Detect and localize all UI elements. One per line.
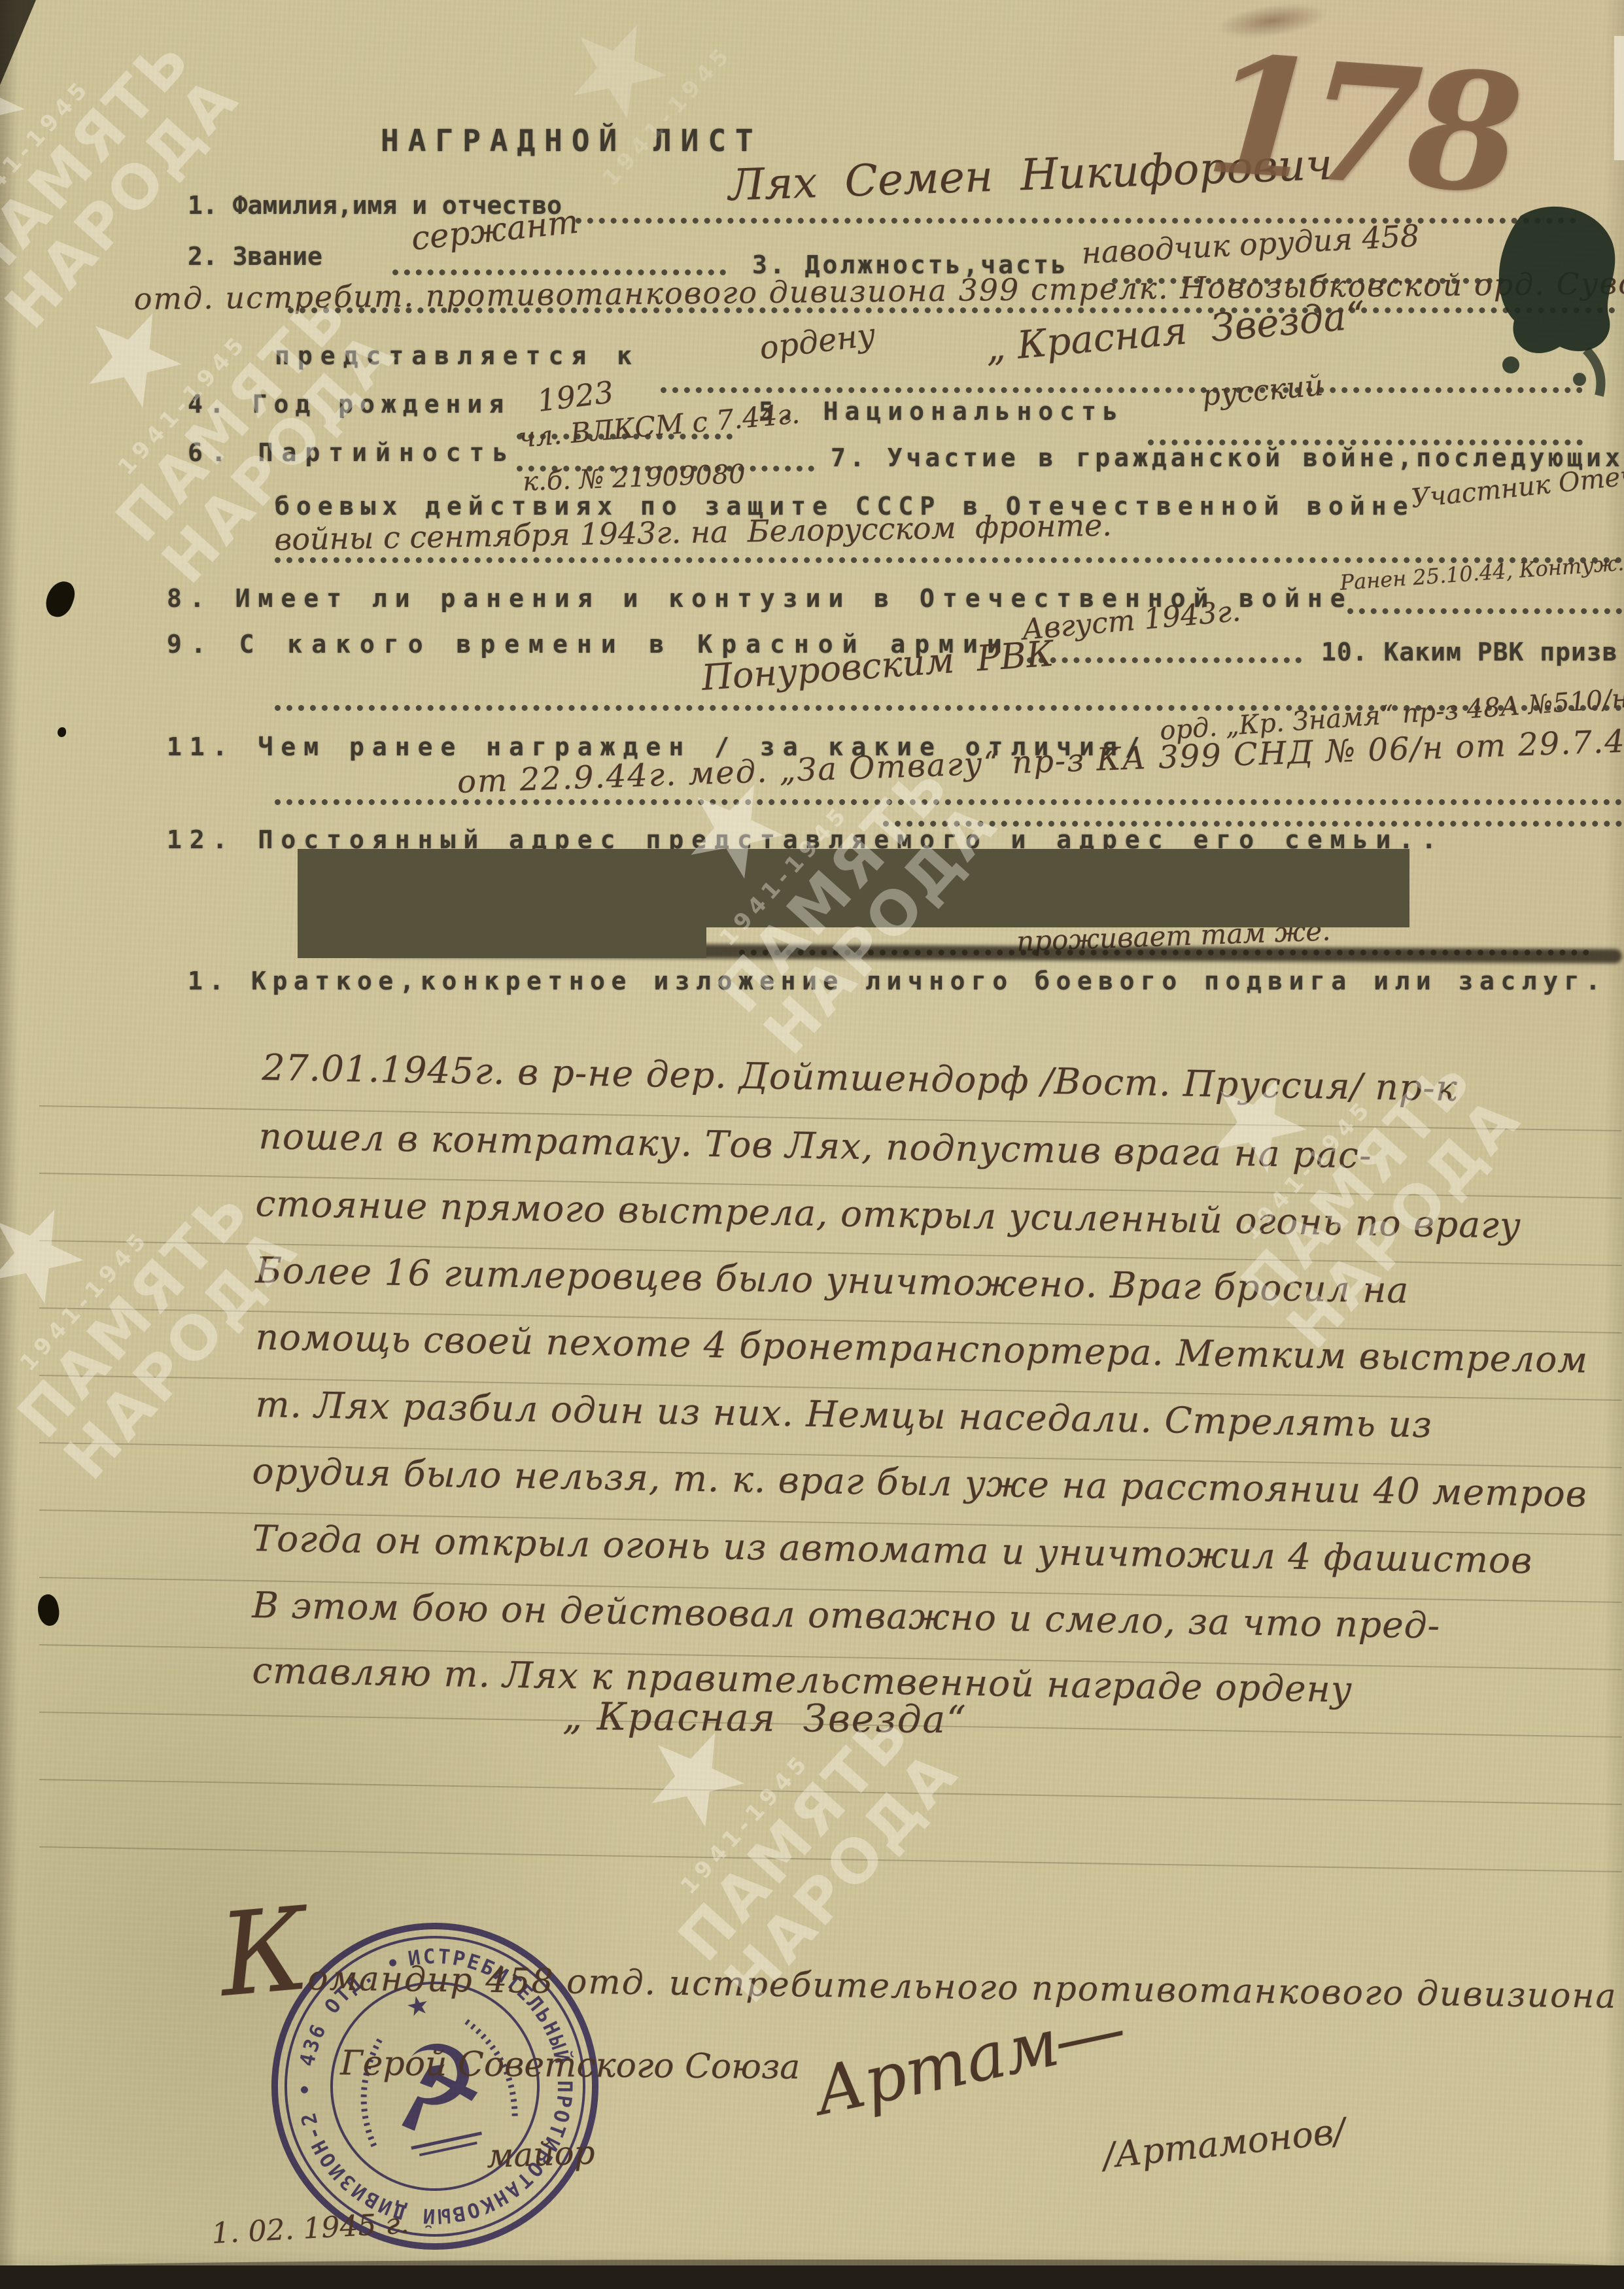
feat-line: 27.01.1945г. в р-не дер. Дойтшендорф /Во… — [262, 1046, 1458, 1109]
field-7-label: 7. Участие в гражданской войне,последующ… — [831, 443, 1624, 472]
paper-hole — [35, 1592, 61, 1628]
memory-of-people-watermark: 1941-1945 — [491, 0, 765, 222]
presented-for-value: ордену — [757, 317, 877, 367]
dotted-line — [392, 269, 726, 275]
field-6-label: 6. Партийность — [188, 438, 516, 467]
presented-for-label: представляется к — [275, 341, 640, 370]
feat-line: помощь своей пехоте 4 бронетранспортера.… — [255, 1316, 1589, 1381]
paper-hole — [42, 577, 78, 621]
redaction-block — [298, 849, 1409, 927]
field-2-label: 2. Звание — [188, 242, 322, 271]
ink-blot — [1481, 196, 1624, 412]
page-number-annotation: 178 — [1200, 19, 1516, 230]
dotted-line — [661, 387, 1583, 393]
star-watermark-icon — [0, 1181, 108, 1329]
feat-line: т. Лях разбил один из них. Немцы наседал… — [255, 1383, 1433, 1445]
paper-hole — [58, 727, 66, 737]
field-3-value: наводчик орудия 458 — [1080, 218, 1420, 271]
dotted-line — [1347, 608, 1622, 614]
field-5-value: русский — [1201, 369, 1325, 413]
closing-rank: майор — [486, 2133, 596, 2175]
closing-hero-line: Герой Советского Союза — [340, 2044, 801, 2087]
dotted-line — [275, 799, 1622, 805]
feat-line: Тогда он открыл огонь из автомата и унич… — [252, 1517, 1533, 1581]
field-4-label: 4. Год рождения — [188, 390, 510, 419]
ruled-line — [39, 1846, 1622, 1872]
award-sheet-scan: 178 НАГРАДНОЙ ЛИСТ 1. Фамилия,имя и отче… — [0, 0, 1624, 2289]
feat-line: стояние прямого выстрела, открыл усиленн… — [255, 1182, 1521, 1247]
scan-edge-strip — [1614, 36, 1624, 160]
feat-section-heading: 1. Краткое,конкретное изложение личного … — [188, 967, 1606, 995]
dotted-line — [275, 557, 1622, 563]
commander-signature: Артам― — [808, 1990, 1130, 2130]
field-5-label: 5. Национальность — [759, 397, 1124, 426]
closing-initial: К — [214, 1883, 314, 2023]
scan-edge-bottom — [0, 2265, 1624, 2289]
feat-line-award: „ Красная Звезда“ — [562, 1694, 967, 1742]
commander-name: /Артамонов/ — [1101, 2110, 1347, 2177]
form-title: НАГРАДНОЙ ЛИСТ — [381, 123, 763, 158]
field-4-value: 1923 — [535, 374, 615, 419]
field-10-label: 10. Каким РВК призв — [1321, 638, 1618, 666]
ruled-line — [39, 1779, 1622, 1805]
dotted-line — [1027, 657, 1302, 663]
redaction-block — [298, 925, 706, 958]
feat-line: В этом бою он действовал отважно и смело… — [252, 1584, 1441, 1647]
hammer-and-sickle-icon: ☭ — [373, 2014, 497, 2161]
field-8-value: Ранен 25.10.44, Контуж. 14.10.44. — [1339, 543, 1624, 595]
feat-line: орудия было нельзя, т. к. враг был уже н… — [252, 1450, 1587, 1515]
scan-edge-corner — [0, 0, 36, 85]
